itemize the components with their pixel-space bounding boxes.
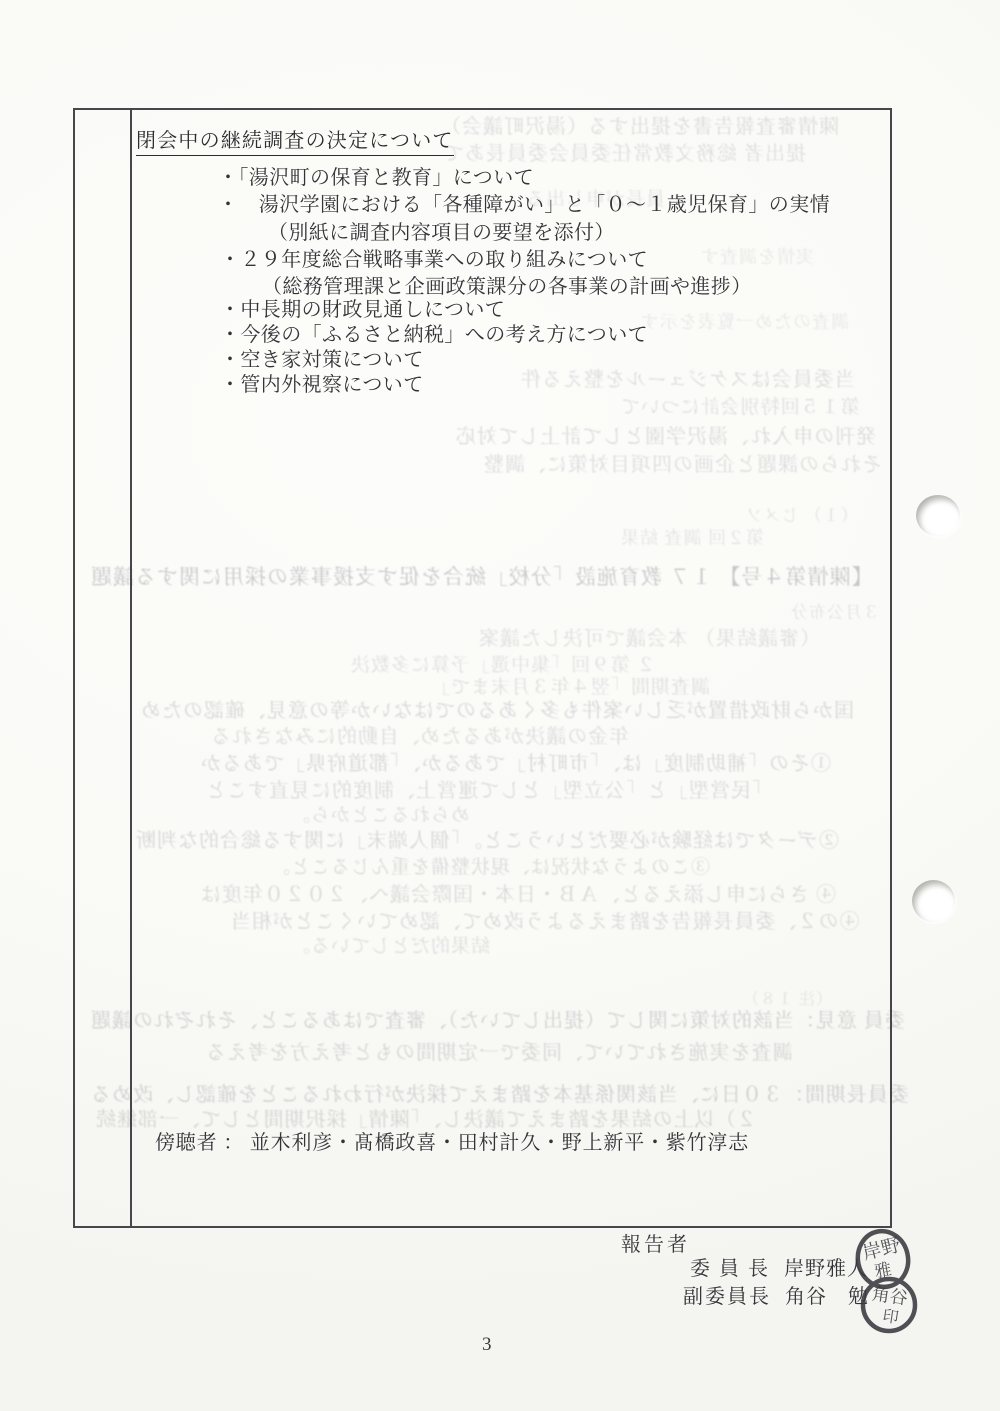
punch-hole-top bbox=[916, 495, 960, 536]
section-title: 閉会中の継続調査の決定について bbox=[136, 124, 454, 156]
chairman-seal-stamp: 岸野 雅 角谷 印 bbox=[846, 1224, 978, 1344]
page-number: 3 bbox=[482, 1334, 492, 1356]
list-item: ・ 湯沢学園における「各種障がい」と「０～１歳児保育」の実情 bbox=[218, 188, 830, 217]
scanned-document-page: 陳情審査報告書を提出する（湯沢町議会）提出者 総務文教常任委員会委員長あて員長が… bbox=[0, 0, 1000, 1411]
vice-chairman-signature-line: 副委員長角谷 勉 bbox=[683, 1280, 869, 1309]
list-item: ・「湯沢町の保育と教育」について bbox=[218, 161, 534, 190]
svg-text:雅: 雅 bbox=[873, 1260, 893, 1282]
observers-line: 傍聴者 ： 並木利彦・髙橋政喜・田村計久・野上新平・紫竹淳志 bbox=[155, 1126, 749, 1155]
list-item-note: （別紙に調査内容項目の要望を添付） bbox=[268, 216, 615, 245]
vice-chairman-role-label: 副委員長 bbox=[683, 1286, 771, 1308]
chairman-signature-line: 委 員 長岸野雅人 bbox=[690, 1252, 868, 1281]
frame-left-divider-line bbox=[130, 108, 132, 1228]
seal-bottom-char: 角谷 bbox=[871, 1284, 909, 1309]
punch-hole-bottom bbox=[912, 880, 955, 922]
reporter-label: 報告者 bbox=[621, 1228, 690, 1257]
svg-text:印: 印 bbox=[882, 1307, 900, 1327]
chairman-role-label: 委 員 長 bbox=[690, 1258, 770, 1280]
list-item: ・管内外視察について bbox=[220, 368, 424, 397]
list-item: ・２９年度総合戦略事業への取り組みについて bbox=[220, 243, 648, 272]
